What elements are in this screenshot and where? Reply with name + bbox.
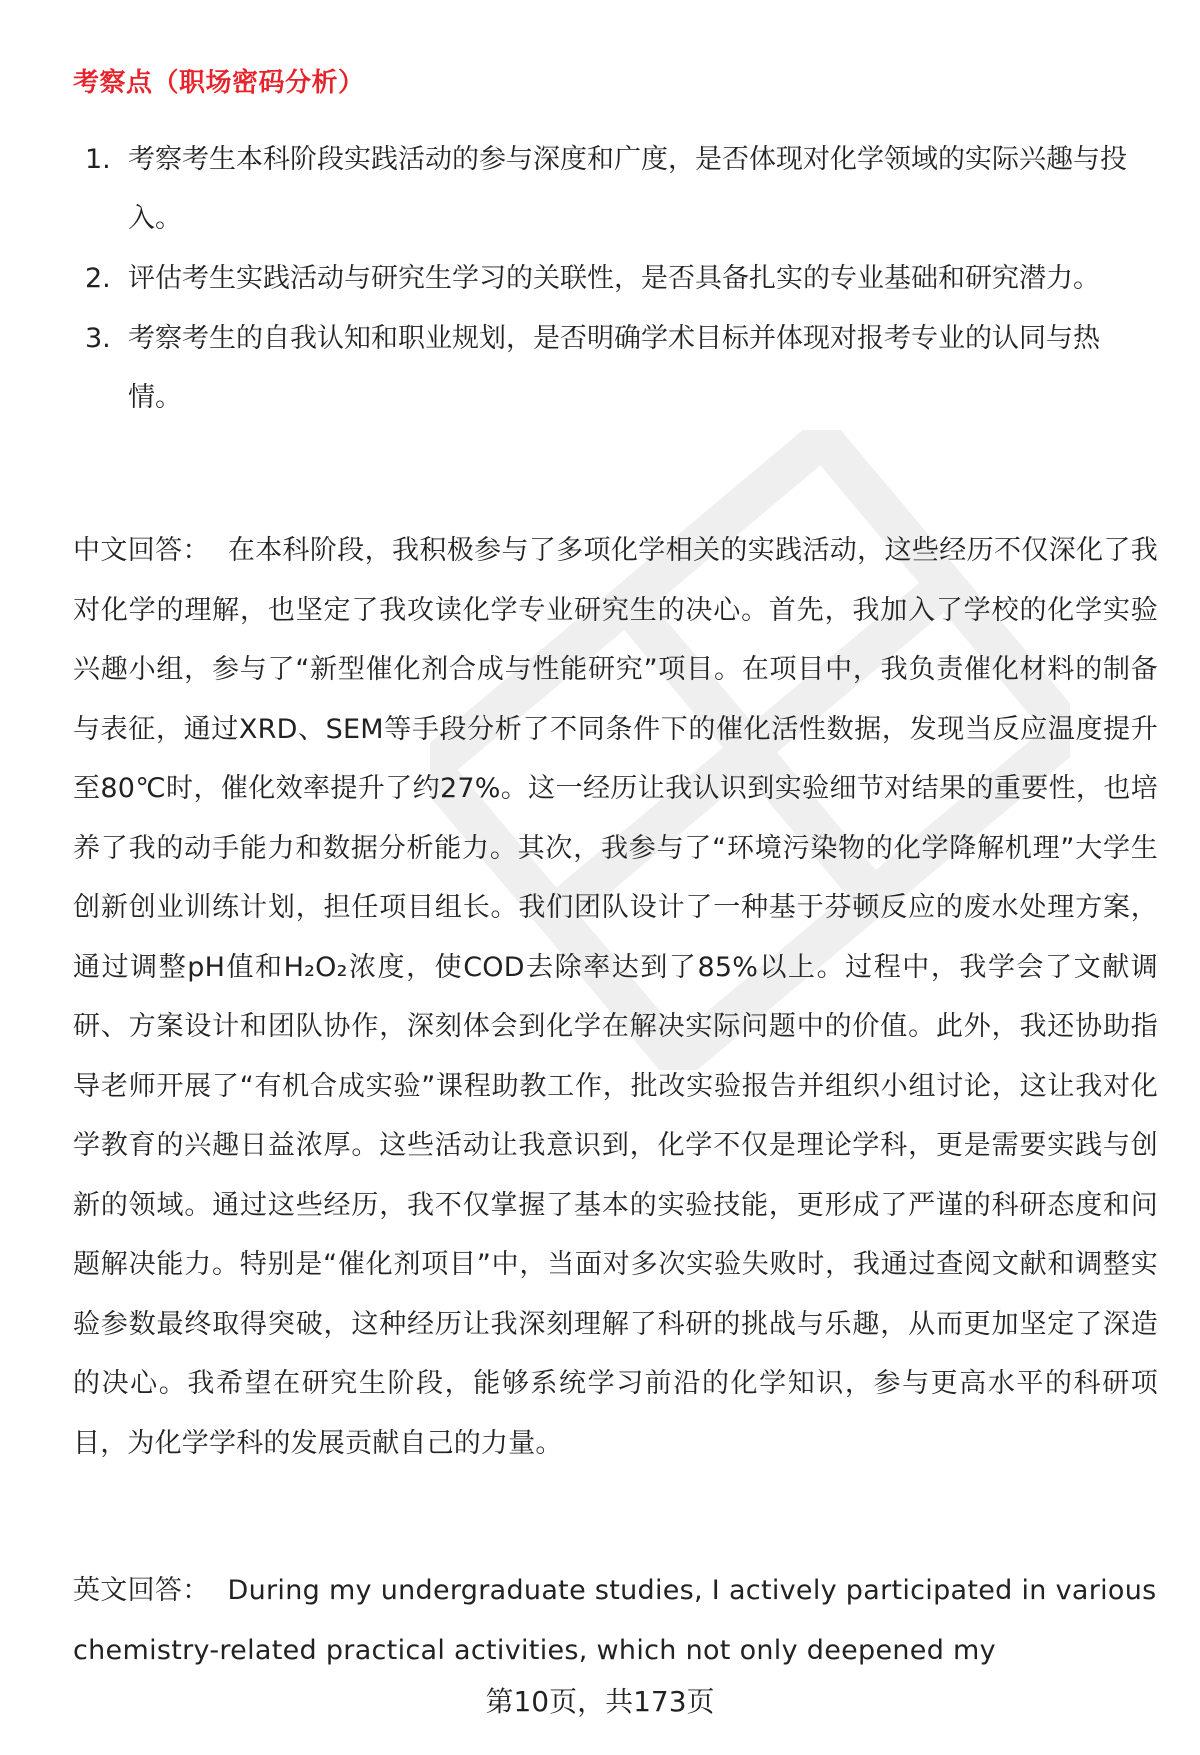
assessment-point: 3. 考察考生的自我认知和职业规划，是否明确学术目标并体现对报考专业的认同与热情… bbox=[73, 309, 1153, 427]
point-text: 评估考生实践活动与研究生学习的关联性，是否具备扎实的专业基础和研究潜力。 bbox=[128, 263, 1100, 294]
point-number: 1. bbox=[85, 130, 111, 189]
point-text: 考察考生的自我认知和职业规划，是否明确学术目标并体现对报考专业的认同与热情。 bbox=[128, 323, 1100, 413]
section-title: 考察点（职场密码分析） bbox=[73, 62, 365, 99]
english-answer-text: During my undergraduate studies, I activ… bbox=[73, 1575, 1157, 1666]
point-number: 3. bbox=[85, 309, 111, 368]
english-answer: 英文回答：During my undergraduate studies, I … bbox=[73, 1561, 1158, 1680]
assessment-point: 2. 评估考生实践活动与研究生学习的关联性，是否具备扎实的专业基础和研究潜力。 bbox=[73, 249, 1153, 308]
chinese-answer-label: 中文回答： bbox=[73, 535, 210, 566]
point-text: 考察考生本科阶段实践活动的参与深度和广度，是否体现对化学领域的实际兴趣与投入。 bbox=[128, 144, 1127, 234]
chinese-answer: 中文回答：在本科阶段，我积极参与了多项化学相关的实践活动，这些经历不仅深化了我对… bbox=[73, 521, 1158, 1473]
assessment-point: 1. 考察考生本科阶段实践活动的参与深度和广度，是否体现对化学领域的实际兴趣与投… bbox=[73, 130, 1153, 248]
page-footer: 第10页，共173页 bbox=[0, 1680, 1200, 1720]
point-number: 2. bbox=[85, 249, 111, 308]
chinese-answer-text: 在本科阶段，我积极参与了多项化学相关的实践活动，这些经历不仅深化了我对化学的理解… bbox=[73, 535, 1158, 1459]
document-page: 考察点（职场密码分析） 1. 考察考生本科阶段实践活动的参与深度和广度，是否体现… bbox=[0, 0, 1200, 1755]
assessment-points-list: 1. 考察考生本科阶段实践活动的参与深度和广度，是否体现对化学领域的实际兴趣与投… bbox=[73, 130, 1153, 428]
english-answer-label: 英文回答： bbox=[73, 1575, 210, 1606]
